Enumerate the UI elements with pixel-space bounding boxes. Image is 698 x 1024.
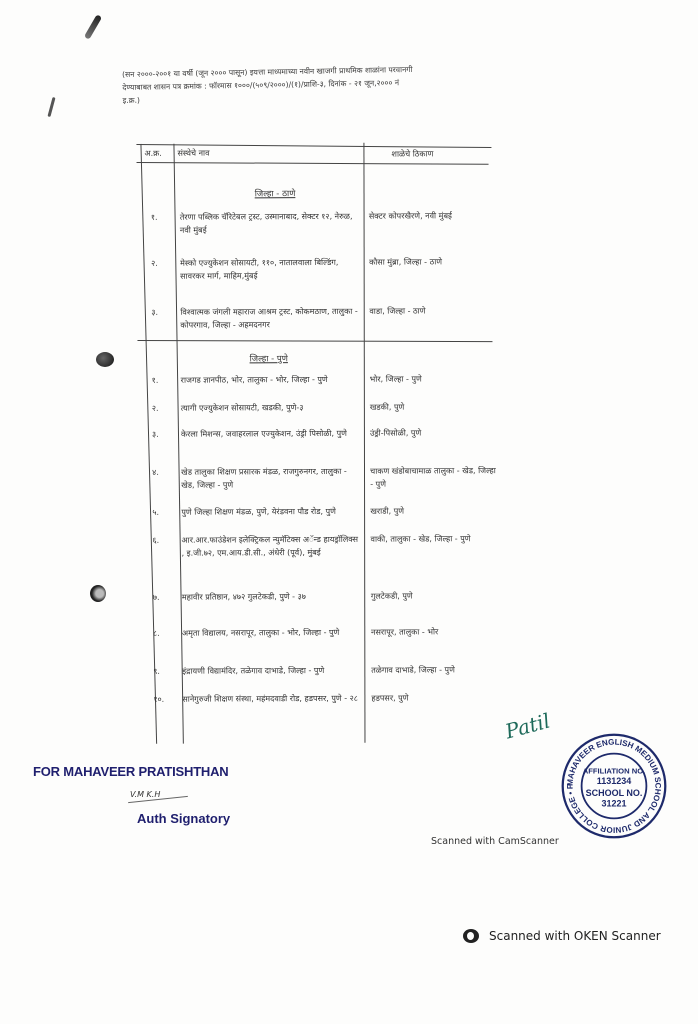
svg-text:31221: 31221 [601,799,626,809]
oken-watermark-text: Scanned with OKEN Scanner [489,929,661,943]
row-school-location: नसरापूर, तालुका - भोर [371,625,499,639]
table-row: १.राजगड ज्ञानपीठ, भोर, तालुका - भोर, जिल… [138,372,498,374]
scan-artifact-mark [47,97,55,117]
svg-text:AFFILIATION NO.: AFFILIATION NO. [583,766,646,775]
stamp-graphic: MAHAVEER ENGLISH MEDIUM SCHOOL AND JUNIO… [560,732,668,840]
svg-text:1131234: 1131234 [597,776,632,786]
row-serial: ८. [153,627,173,640]
row-serial: ३. [151,306,171,319]
table-border [363,143,365,743]
row-institution-name: केरला मिशन्स, जवाहरलाल एज्युकेशन, उंड्री… [181,427,361,441]
row-serial: ७. [153,591,173,604]
row-institution-name: विश्वात्मक जंगली महाराज आश्रम ट्रस्ट, को… [180,305,360,332]
camscanner-watermark: Scanned with CamScanner [431,836,559,847]
row-institution-name: राजगड ज्ञानपीठ, भोर, तालुका - भोर, जिल्ह… [181,373,361,387]
scan-artifact-mark [84,14,102,40]
row-serial: १. [152,374,172,387]
school-stamp: MAHAVEER ENGLISH MEDIUM SCHOOL AND JUNIO… [560,732,668,840]
row-school-location: वाकी, तालुका - खेड, जिल्हा - पुणे [370,532,498,546]
row-serial: २. [152,402,172,415]
organization-name: FOR MAHAVEER PRATISHTHAN [33,764,229,779]
table-row: ३.विश्वात्मक जंगली महाराज आश्रम ट्रस्ट, … [137,304,497,306]
row-school-location: उंड्री-पिसोळी, पुणे [370,426,498,440]
table-row: ४.खेड तालुका शिक्षण प्रसारक मंडळ, राजगुर… [138,464,498,466]
stamp-signature: Patil [503,709,553,744]
row-serial: ६. [152,534,172,547]
row-school-location: सेक्टर कोपरखैरणे, नवी मुंबई [369,209,497,223]
table-row: ९.इंद्रायणी विद्यामंदिर, तळेगाव दाभाडे, … [139,663,499,665]
svg-text:SCHOOL NO.: SCHOOL NO. [586,788,643,798]
row-school-location: तळेगाव दाभाडे, जिल्हा - पुणे [371,663,499,677]
table-border [137,340,492,343]
table-row: ८.अमृता विद्यालय, नसरापूर, तालुका - भोर,… [139,625,499,627]
row-institution-name: आर.आर.फाउंडेशन इलेक्ट्रिकल न्युमॅटिक्स अ… [181,533,361,560]
signature: V.M K.H [130,790,160,799]
row-school-location: चाकण खंडोबाचामाळ तालुका - खेड, जिल्हा - … [370,464,498,491]
district-heading: जिल्हा - ठाणे [255,188,296,199]
oken-logo-icon [463,929,479,943]
row-institution-name: तेरणा पब्लिक चॅरिटेबल ट्रस्ट, उस्मानाबाद… [180,210,360,237]
row-institution-name: पुणे जिल्हा शिक्षण मंडळ, पुणे, येरंडवना … [181,505,361,519]
row-serial: १. [151,211,171,224]
oken-watermark: Scanned with OKEN Scanner [463,929,661,943]
table-row: २.मेस्को एज्युकेशन सोसायटी, ११०, नातालवा… [137,255,497,257]
row-institution-name: त्यागी एज्युकेशन सोसायटी, खडकी, पुणे-३ [181,401,361,415]
column-header-sr: अ.क्र. [144,148,161,159]
row-school-location: भोर, जिल्हा - पुणे [370,372,498,386]
school-list-table: अ.क्र. संस्थेचे नाव शाळेचे ठिकाण जिल्हा … [136,142,499,744]
row-serial: ९. [153,665,173,678]
row-school-location: गुलटेकडी, पुणे [371,589,499,603]
table-row: २.त्यागी एज्युकेशन सोसायटी, खडकी, पुणे-३… [138,400,498,402]
row-institution-name: अमृता विद्यालय, नसरापूर, तालुका - भोर, ज… [182,626,362,640]
row-school-location: वाडा, जिल्हा - ठाणे [369,304,497,318]
row-serial: २. [151,257,171,270]
column-header-location: शाळेचे ठिकाण [391,148,433,159]
column-header-name: संस्थेचे नाव [177,148,209,159]
row-institution-name: खेड तालुका शिक्षण प्रसारक मंडळ, राजगुरुन… [181,465,361,492]
row-serial: ३. [152,428,172,441]
document-header: (सन २०००-२००१ या वर्षी (जून २००० पासून) … [122,61,503,107]
row-school-location: खडकी, पुणे [370,400,498,414]
punch-hole [96,352,114,367]
table-border [137,162,489,165]
row-institution-name: मेस्को एज्युकेशन सोसायटी, ११०, नातालवाला… [180,256,360,283]
row-serial: ५. [152,506,172,519]
row-serial: ४. [152,466,172,479]
row-school-location: हडपसर, पुणे [371,691,499,705]
table-row: १०.सानेगुरुजी शिक्षण संस्था, महंमदवाडी र… [139,691,499,693]
table-row: ६.आर.आर.फाउंडेशन इलेक्ट्रिकल न्युमॅटिक्स… [138,532,498,534]
table-row: ३.केरला मिशन्स, जवाहरलाल एज्युकेशन, उंड्… [138,426,498,428]
table-border [140,144,157,744]
table-row: ७.महावीर प्रतिष्ठान, ४७२ गुलटेकडी, पुणे … [139,589,499,591]
punch-hole [90,585,106,602]
table-row: ५.पुणे जिल्हा शिक्षण मंडळ, पुणे, येरंडवन… [138,504,498,506]
district-heading: जिल्हा - पुणे [250,353,288,364]
table-row: १.तेरणा पब्लिक चॅरिटेबल ट्रस्ट, उस्मानाब… [137,209,497,211]
row-serial: १०. [153,693,173,706]
row-institution-name: सानेगुरुजी शिक्षण संस्था, महंमदवाडी रोड,… [182,692,362,706]
row-institution-name: महावीर प्रतिष्ठान, ४७२ गुलटेकडी, पुणे - … [182,590,362,604]
row-institution-name: इंद्रायणी विद्यामंदिर, तळेगाव दाभाडे, जि… [182,664,362,678]
auth-signatory-label: Auth Signatory [137,811,230,826]
row-school-location: खराडी, पुणे [370,504,498,518]
row-school-location: कौसा मुंब्रा, जिल्हा - ठाणे [369,255,497,269]
